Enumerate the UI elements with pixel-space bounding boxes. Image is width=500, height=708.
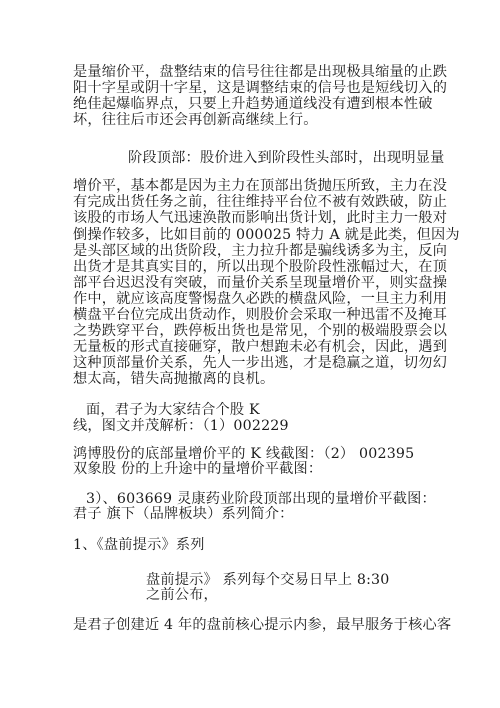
paragraph-2-line-7: 部平台迟迟没有突破，而量价关系呈现量增价平，则实盘操 (73, 275, 447, 291)
example-3-line-1: 3）、603669 灵康药业阶段顶部出现的量增价平截图： (86, 491, 436, 507)
paragraph-1-line-3: 绝佳起爆临界点，只要上升趋势通道线没有遭到根本性破 (73, 96, 433, 112)
paragraph-2-line-10: 之势跌穿平台，跌停板出货也是常见，个别的极端股票会以 (73, 323, 447, 339)
paragraph-2-line-2: 有完成出货任务之前，往往维持平台位不被有效跌破，防止 (73, 194, 447, 210)
analysis-intro-line-2: 线，图文并茂解析：（1）002229 (73, 418, 289, 434)
paragraph-1-line-4: 坏，往往后市还会再创新高继续上行。 (73, 112, 318, 128)
example-3-line-2: 君子 旗下（品牌板块）系列简介： (73, 506, 294, 522)
paragraph-2-line-9: 横盘平台位完成出货动作，则股价会采取一种迅雷不及掩耳 (73, 307, 447, 323)
paragraph-1-line-1: 是量缩价平，盘整结束的信号往往都是出现极具缩量的止跌 (73, 64, 447, 80)
stage-top-heading: 阶段顶部：股价进入到阶段性头部时，出现明显量 (128, 150, 445, 166)
paragraph-2-line-4: 倒操作较多，比如目前的 000025 特力 A 就是此类，但因为 (73, 227, 460, 243)
example-2-line-2: 双象股 份的上升途中的量增价平截图： (73, 461, 322, 477)
document-page: 是量缩价平，盘整结束的信号往往都是出现极具缩量的止跌 阳十字星或阴十字星，这是调… (0, 0, 500, 708)
paragraph-2-line-13: 想太高，错失高抛撤离的良机。 (73, 371, 274, 387)
paragraph-2-line-12: 这种顶部量价关系，先人一步出逃，才是稳赢之道，切勿幻 (73, 355, 447, 371)
paragraph-2-line-11: 无量板的形式直接砸穿，散户想跑未必有机会，因此，遇到 (73, 339, 447, 355)
paragraph-2-line-8: 作中，就应该高度警惕盘久必跌的横盘风险，一旦主力利用 (73, 291, 447, 307)
paragraph-2-line-5: 是头部区域的出货阶段，主力拉升都是骗线诱多为主，反向 (73, 243, 447, 259)
series-desc-line-2: 之前公布， (146, 587, 218, 603)
closing-line: 是君子创建近 4 年的盘前核心提示内参，最早服务于核心客 (73, 617, 451, 633)
paragraph-1-line-2: 阳十字星或阴十字星，这是调整结束的信号也是短线切入的 (73, 80, 447, 96)
series-desc-line-1: 盘前提示》 系列每个交易日早上 8:30 (146, 572, 390, 588)
example-2-line-1: 鸿博股份的底部量增价平的 K 线截图：（2） 002395 (73, 446, 414, 462)
series-heading: 1、《盘前提示》系列 (73, 537, 205, 553)
paragraph-2-line-1: 增价平，基本都是因为主力在顶部出货抛压所致，主力在没 (73, 178, 447, 194)
paragraph-2-line-6: 出货才是其真实目的，所以出现个股阶段性涨幅过大，在顶 (73, 259, 447, 275)
paragraph-2-line-3: 该股的市场人气迅速涣散而影响出货计划，此时主力一般对 (73, 210, 447, 226)
analysis-intro-line-1: 面，君子为大家结合个股 K (86, 402, 260, 418)
